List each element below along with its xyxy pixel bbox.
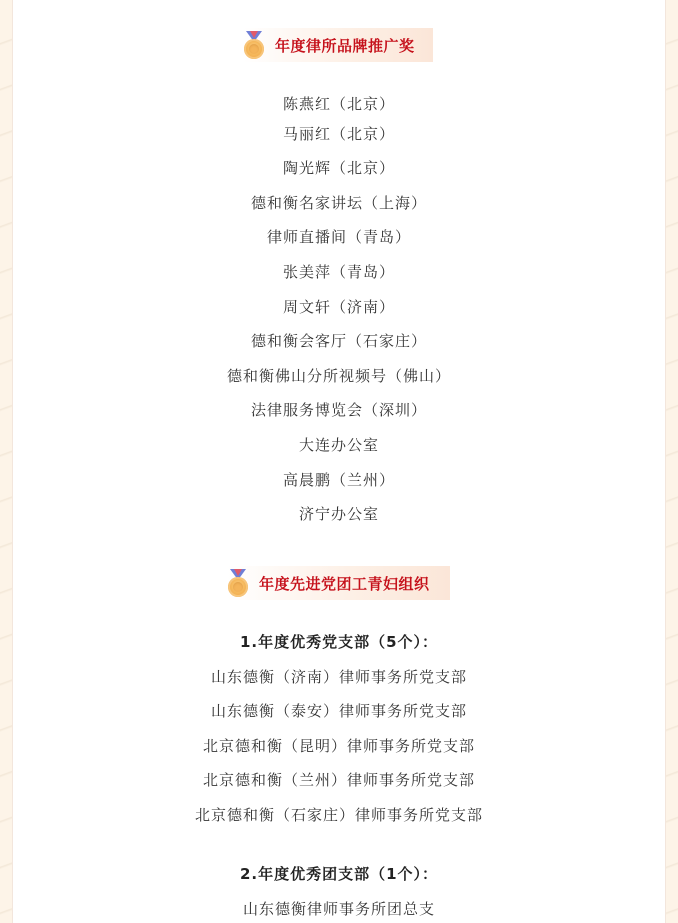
award-item: 周文轩（济南） — [0, 296, 678, 317]
award-item: 济宁办公室 — [0, 503, 678, 524]
award-item: 山东德衡（泰安）律师事务所党支部 — [0, 700, 678, 721]
award-item: 德和衡名家讲坛（上海） — [0, 192, 678, 213]
subsection-heading: 2.年度优秀团支部（1个）： — [0, 863, 678, 884]
award-item: 马丽红（北京） — [0, 123, 678, 144]
award-item: 律师直播间（青岛） — [0, 226, 678, 247]
award-item: 大连办公室 — [0, 434, 678, 455]
medal-icon — [227, 569, 249, 597]
subsection-heading: 1.年度优秀党支部（5个）： — [0, 631, 678, 652]
award-item: 陈燕红（北京） — [0, 93, 678, 114]
award-item: 法律服务博览会（深圳） — [0, 399, 678, 420]
section-title: 年度先进党团工青妇组织 — [259, 573, 430, 594]
award-item: 张美萍（青岛） — [0, 261, 678, 282]
award-item: 北京德和衡（石家庄）律师事务所党支部 — [0, 804, 678, 825]
section-banner-party-organizations: 年度先进党团工青妇组织 — [227, 566, 450, 600]
article-page: 年度律所品牌推广奖 陈燕红（北京） 马丽红（北京） 陶光辉（北京） 德和衡名家讲… — [0, 0, 678, 923]
award-item: 德和衡佛山分所视频号（佛山） — [0, 365, 678, 386]
award-item: 北京德和衡（兰州）律师事务所党支部 — [0, 769, 678, 790]
section-banner-brand-promotion: 年度律所品牌推广奖 — [243, 28, 433, 62]
award-item: 高晨鹏（兰州） — [0, 469, 678, 490]
award-item: 北京德和衡（昆明）律师事务所党支部 — [0, 735, 678, 756]
medal-icon — [243, 31, 265, 59]
section-title: 年度律所品牌推广奖 — [275, 35, 415, 56]
award-item: 陶光辉（北京） — [0, 157, 678, 178]
award-item: 德和衡会客厅（石家庄） — [0, 330, 678, 351]
award-item: 山东德衡（济南）律师事务所党支部 — [0, 666, 678, 687]
award-item: 山东德衡律师事务所团总支 — [0, 898, 678, 919]
